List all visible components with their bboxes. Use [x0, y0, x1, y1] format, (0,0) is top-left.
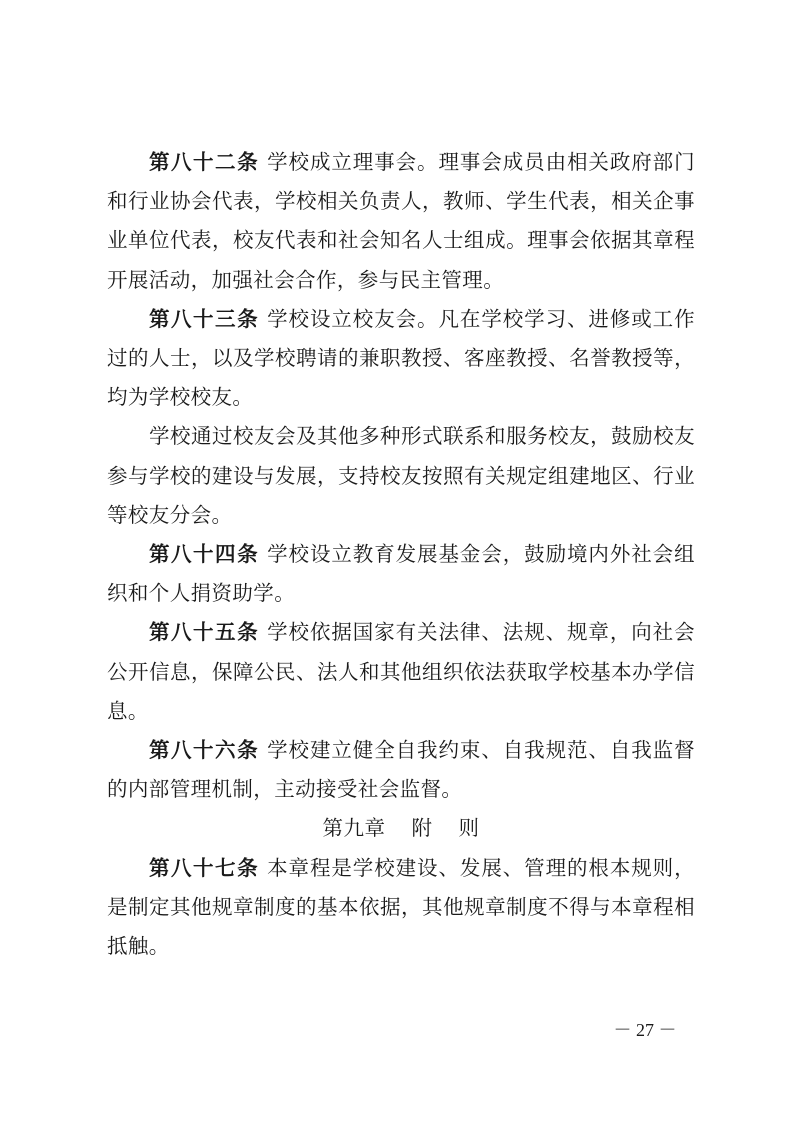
article-83: 第八十三条学校设立校友会。凡在学校学习、进修或工作过的人士，以及学校聘请的兼职教… — [107, 300, 695, 418]
paragraph-text: 学校通过校友会及其他多种形式联系和服务校友，鼓励校友参与学校的建设与发展，支持校… — [107, 424, 695, 526]
article-number: 第八十三条 — [149, 307, 259, 331]
chapter-title-part1: 附 — [412, 809, 433, 848]
article-86: 第八十六条学校建立健全自我约束、自我规范、自我监督的内部管理机制，主动接受社会监… — [107, 731, 695, 809]
article-83-continued: 学校通过校友会及其他多种形式联系和服务校友，鼓励校友参与学校的建设与发展，支持校… — [107, 417, 695, 535]
article-number: 第八十四条 — [149, 542, 259, 566]
article-85: 第八十五条学校依据国家有关法律、法规、规章，向社会公开信息，保障公民、法人和其他… — [107, 613, 695, 731]
chapter-heading: 第九章附则 — [107, 809, 695, 848]
article-number: 第八十二条 — [149, 150, 259, 174]
document-body: 第八十二条学校成立理事会。理事会成员由相关政府部门和行业协会代表，学校相关负责人… — [107, 143, 695, 966]
article-84: 第八十四条学校设立教育发展基金会，鼓励境内外社会组织和个人捐资助学。 — [107, 535, 695, 613]
article-number: 第八十六条 — [149, 738, 259, 762]
page-number: － 27 － — [600, 1016, 690, 1042]
chapter-number: 第九章 — [323, 809, 386, 848]
article-number: 第八十五条 — [149, 620, 259, 644]
article-82: 第八十二条学校成立理事会。理事会成员由相关政府部门和行业协会代表，学校相关负责人… — [107, 143, 695, 300]
chapter-title-part2: 则 — [459, 809, 480, 848]
article-87: 第八十七条本章程是学校建设、发展、管理的根本规则，是制定其他规章制度的基本依据，… — [107, 849, 695, 967]
article-number: 第八十七条 — [149, 856, 259, 880]
